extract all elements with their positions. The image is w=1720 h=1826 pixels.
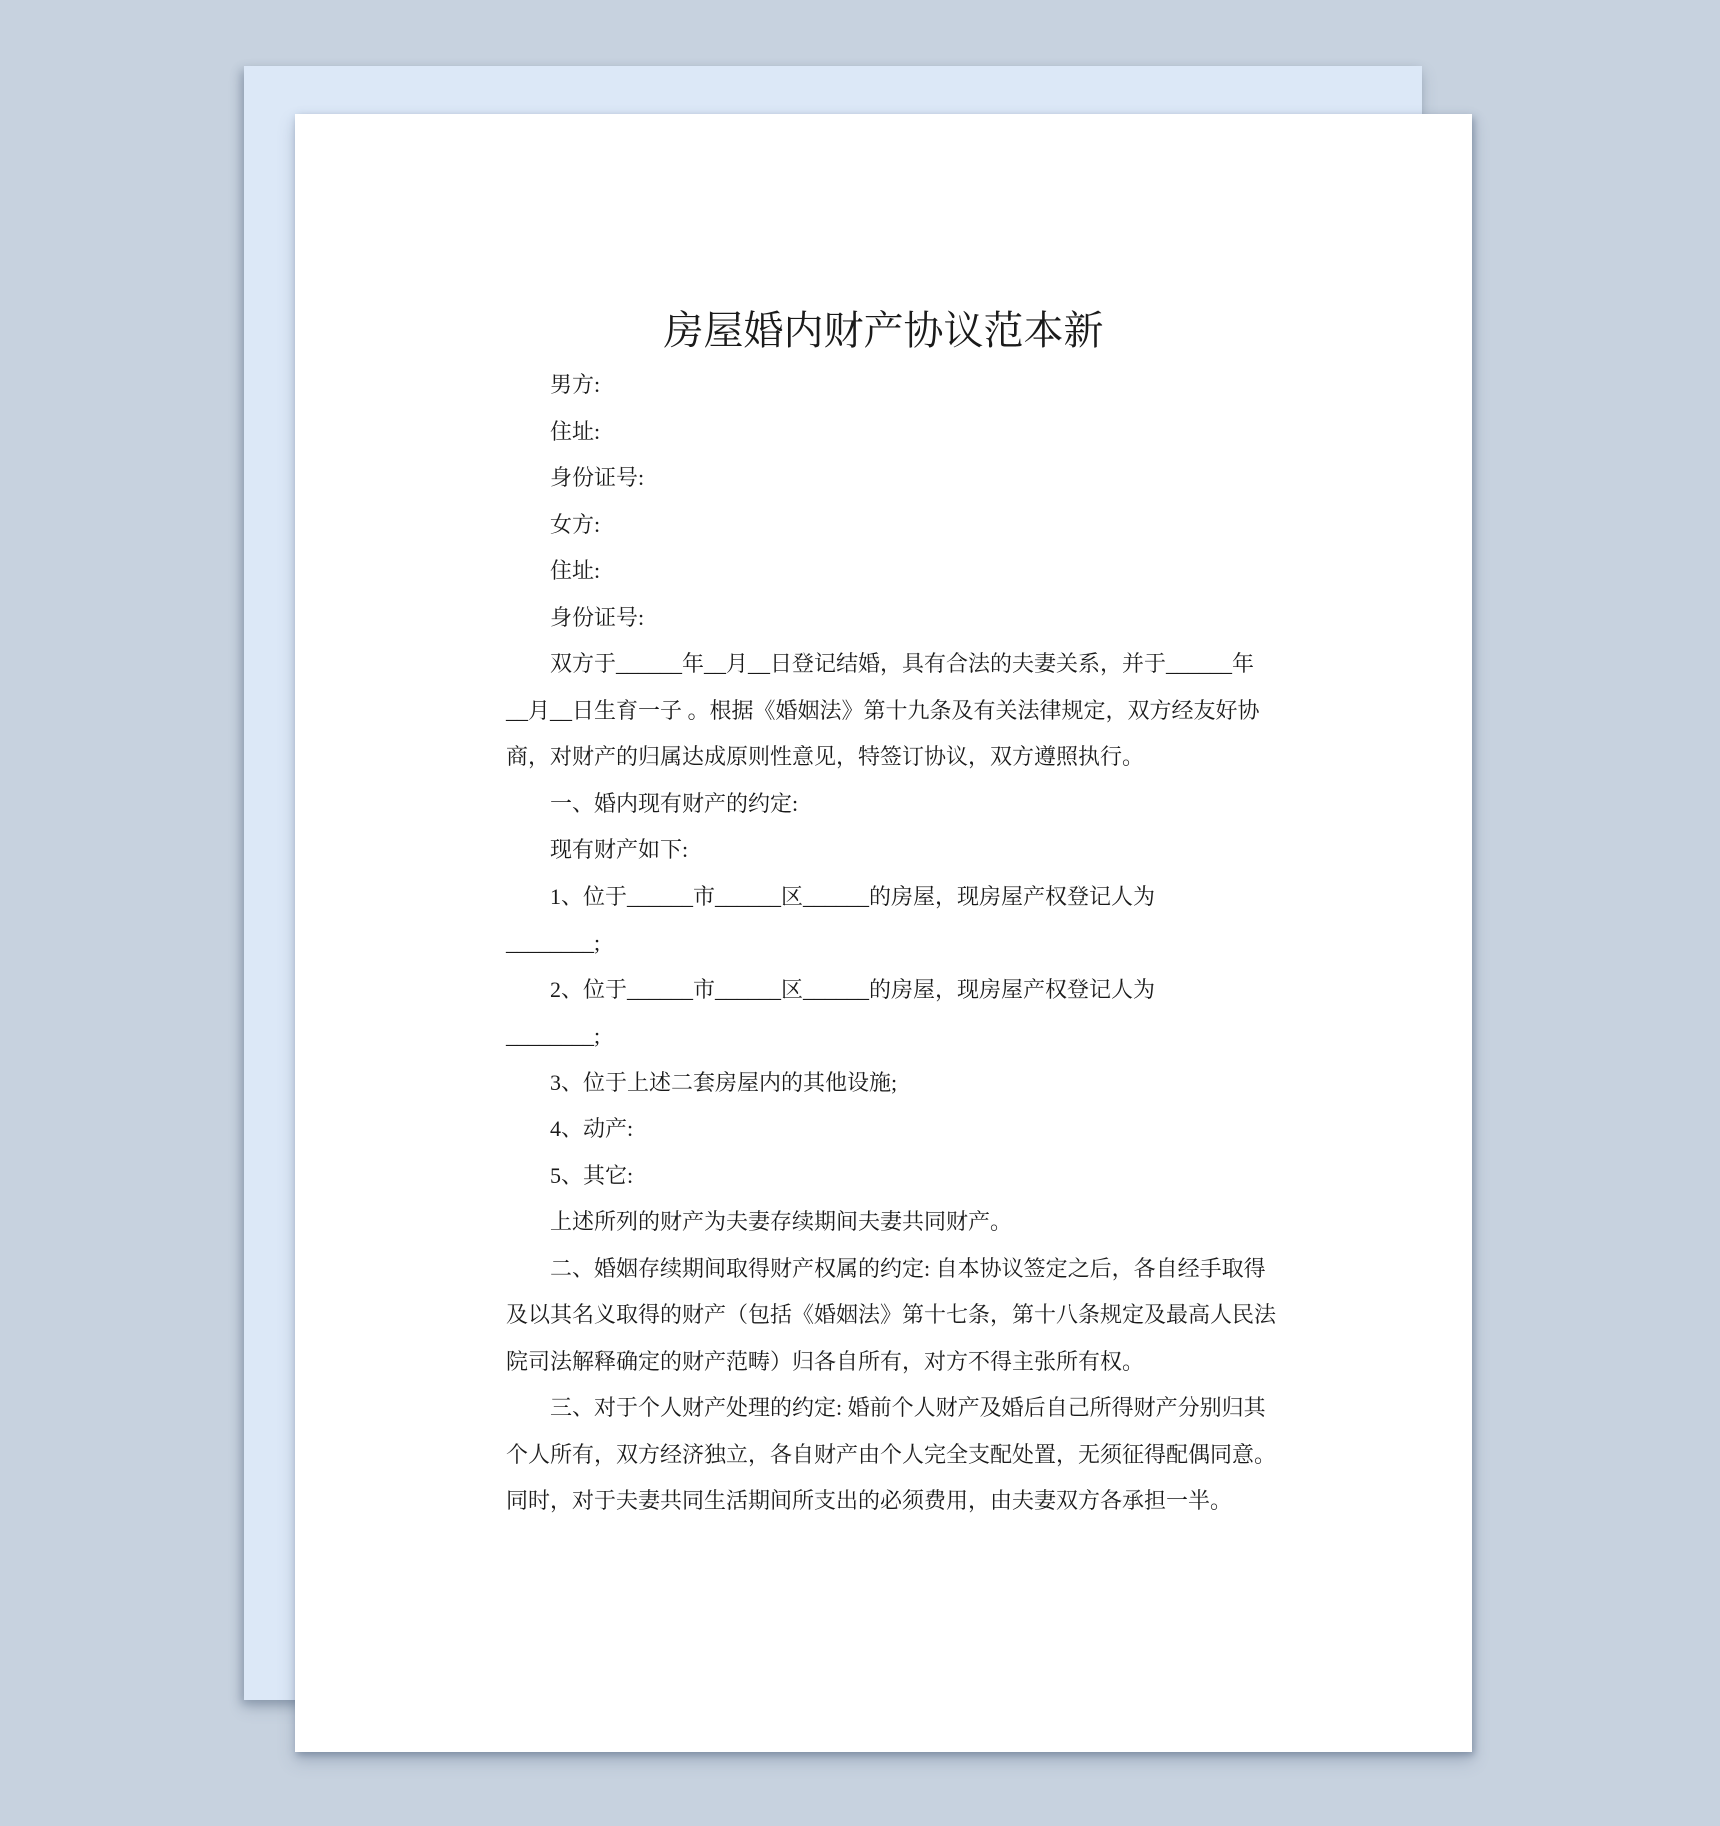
document-line: 上述所列的财产为夫妻存续期间夫妻共同财产。 bbox=[506, 1199, 1298, 1246]
document-line: 身份证号: bbox=[506, 595, 1298, 642]
document-line: 2、位于______市______区______的房屋，现房屋产权登记人为 bbox=[506, 967, 1298, 1014]
document-title: 房屋婚内财产协议范本新 bbox=[295, 301, 1472, 361]
document-line: 个人所有，双方经济独立，各自财产由个人完全支配处置，无须征得配偶同意。 bbox=[506, 1432, 1298, 1479]
document-line: 院司法解释确定的财产范畴）归各自所有，对方不得主张所有权。 bbox=[506, 1339, 1298, 1386]
document-line: 女方: bbox=[506, 502, 1298, 549]
document-line: 男方: bbox=[506, 362, 1298, 409]
document-line: 住址: bbox=[506, 548, 1298, 595]
document-line: 同时，对于夫妻共同生活期间所支出的必须费用，由夫妻双方各承担一半。 bbox=[506, 1478, 1298, 1525]
document-line: 5、其它: bbox=[506, 1153, 1298, 1200]
document-line: 一、婚内现有财产的约定: bbox=[506, 781, 1298, 828]
document-line: 住址: bbox=[506, 409, 1298, 456]
document-page: 房屋婚内财产协议范本新 男方:住址:身份证号:女方:住址:身份证号:双方于___… bbox=[295, 114, 1472, 1752]
document-line: 身份证号: bbox=[506, 455, 1298, 502]
document-line: ________; bbox=[506, 1013, 1298, 1060]
document-line: 4、动产: bbox=[506, 1106, 1298, 1153]
document-line: 3、位于上述二套房屋内的其他设施; bbox=[506, 1060, 1298, 1107]
desktop-background: 房屋婚内财产协议范本新 男方:住址:身份证号:女方:住址:身份证号:双方于___… bbox=[0, 0, 1720, 1826]
document-line: __月__日生育一子 。根据《婚姻法》第十九条及有关法律规定，双方经友好协 bbox=[506, 688, 1298, 735]
document-line: 商，对财产的归属达成原则性意见，特签订协议，双方遵照执行。 bbox=[506, 734, 1298, 781]
document-line: 三、对于个人财产处理的约定: 婚前个人财产及婚后自己所得财产分别归其 bbox=[506, 1385, 1298, 1432]
document-line: ________; bbox=[506, 920, 1298, 967]
document-line: 现有财产如下: bbox=[506, 827, 1298, 874]
document-line: 及以其名义取得的财产（包括《婚姻法》第十七条，第十八条规定及最高人民法 bbox=[506, 1292, 1298, 1339]
document-line: 二、婚姻存续期间取得财产权属的约定: 自本协议签定之后，各自经手取得 bbox=[506, 1246, 1298, 1293]
document-line: 1、位于______市______区______的房屋，现房屋产权登记人为 bbox=[506, 874, 1298, 921]
document-line: 双方于______年__月__日登记结婚，具有合法的夫妻关系，并于______年 bbox=[506, 641, 1298, 688]
document-body: 男方:住址:身份证号:女方:住址:身份证号:双方于______年__月__日登记… bbox=[506, 362, 1298, 1525]
